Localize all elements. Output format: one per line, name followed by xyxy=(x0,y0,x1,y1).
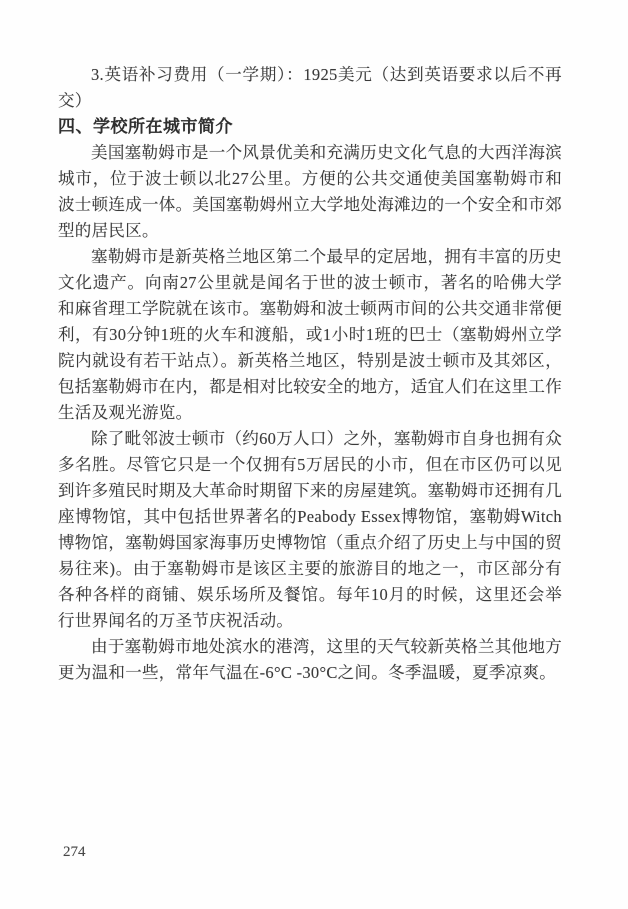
page-number: 274 xyxy=(63,843,86,861)
paragraph-climate: 由于塞勒姆市地处滨水的港湾，这里的天气较新英格兰其他地方更为温和一些，常年气温在… xyxy=(58,634,562,686)
fee-list-item: 3.英语补习费用（一学期）：1925美元（达到英语要求以后不再交） xyxy=(58,62,562,114)
section-heading: 四、学校所在城市简介 xyxy=(58,114,562,140)
document-page: 3.英语补习费用（一学期）：1925美元（达到英语要求以后不再交） 四、学校所在… xyxy=(0,0,628,909)
paragraph-attractions-museums: 除了毗邻波士顿市（约60万人口）之外，塞勒姆市自身也拥有众多名胜。尽管它只是一个… xyxy=(58,426,562,634)
page-content: 3.英语补习费用（一学期）：1925美元（达到英语要求以后不再交） 四、学校所在… xyxy=(58,62,562,686)
paragraph-history-transport: 塞勒姆市是新英格兰地区第二个最早的定居地，拥有丰富的历史文化遗产。向南27公里就… xyxy=(58,244,562,426)
paragraph-city-intro: 美国塞勒姆市是一个风景优美和充满历史文化气息的大西洋海滨城市，位于波士顿以北27… xyxy=(58,140,562,244)
